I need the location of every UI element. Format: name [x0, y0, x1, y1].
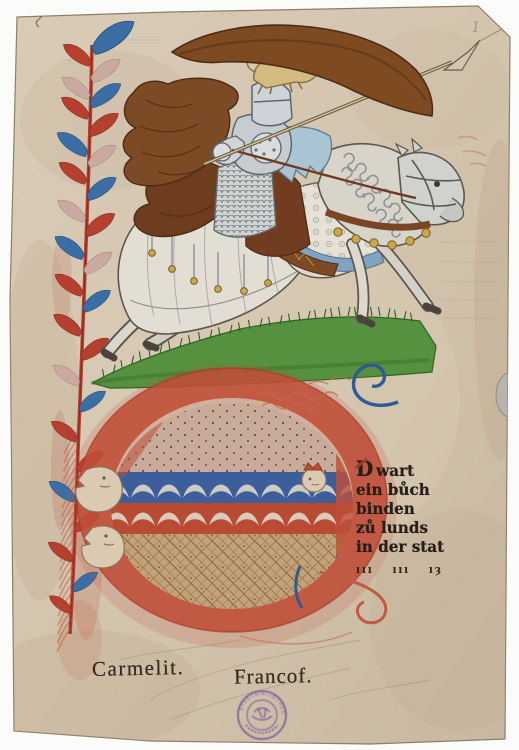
inscription-francof: Francof. [234, 663, 313, 689]
note-line-1-text: wart [376, 461, 414, 480]
gothic-note-block: Dwart ein bůch binden zů lunds in der st… [356, 459, 489, 579]
note-colophon: ııı ııı ıȝ [356, 560, 489, 579]
note-line-1: Dwart [356, 459, 489, 480]
note-line-3: binden [356, 499, 489, 518]
note-line-4: zů lunds [356, 518, 489, 537]
manuscript-artwork: STADTBIBLIOTHEK [0, 0, 519, 750]
note-initial-letter: D [356, 456, 373, 481]
note-line-2: ein bůch [356, 480, 489, 499]
inscription-carmelit: Carmelit. [92, 655, 185, 682]
note-line-5: in der stat [356, 537, 489, 556]
